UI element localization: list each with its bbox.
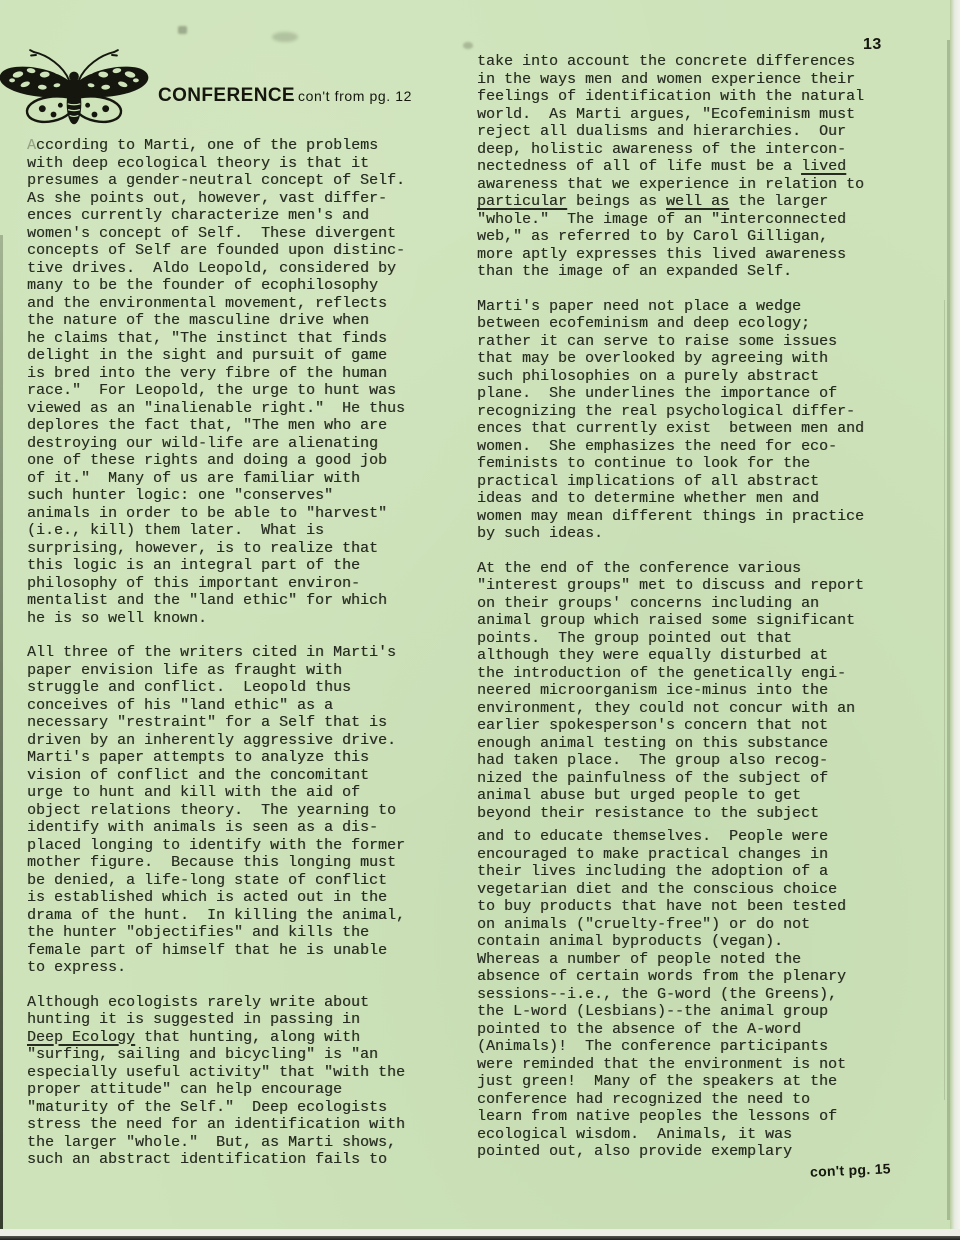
tiger-moth-illustration (0, 46, 152, 144)
text-segment: that hunting, along with "surfing, saili… (27, 1029, 405, 1169)
paragraph: Marti's paper need not place a wedge bet… (477, 298, 881, 543)
underlined-text: Deep Ecology (27, 1029, 135, 1046)
text-segment: All three of the writers cited in Marti'… (27, 644, 405, 976)
text-segment: At the end of the conference various "in… (477, 560, 864, 822)
scan-bottom-strip (0, 1229, 960, 1236)
scan-speck (463, 42, 473, 49)
paragraph: According to Marti, one of the problems … (27, 137, 431, 627)
text-segment: Although ecologists rarely write about h… (27, 994, 369, 1029)
right-column: take into account the concrete differenc… (477, 53, 881, 1178)
paragraph: At the end of the conference various "in… (477, 560, 881, 823)
text-segment: and to educate themselves. People were e… (477, 828, 846, 1160)
scan-right-crease (947, 40, 950, 1220)
page-number: 13 (863, 36, 882, 54)
underlined-text: lived (801, 158, 846, 175)
text-segment: take into account the concrete differenc… (477, 53, 864, 175)
paragraph: take into account the concrete differenc… (477, 53, 881, 281)
article-header: CONFERENCEcon't from pg. 12 (158, 85, 412, 107)
text-segment: A (27, 137, 36, 154)
text-segment: awareness that we experience in relation… (477, 176, 864, 193)
text-segment: Marti's paper need not place a wedge bet… (477, 298, 864, 543)
scan-bottom-band (0, 1236, 960, 1240)
paragraph: All three of the writers cited in Marti'… (27, 644, 431, 977)
article-title: CONFERENCE (158, 85, 295, 106)
paragraph: Although ecologists rarely write about h… (27, 994, 431, 1169)
scan-speck (272, 32, 298, 42)
scan-right-crease-2 (944, 300, 945, 1100)
scan-speck (178, 26, 187, 34)
continued-from-note: con't from pg. 12 (298, 88, 412, 104)
underlined-text: particular (477, 193, 567, 210)
text-segment: beings as (567, 193, 666, 210)
underlined-text: well as (666, 193, 729, 210)
text-segment: ccording to Marti, one of the problems w… (27, 137, 405, 627)
scan-right-margin (950, 0, 960, 1240)
paragraph: and to educate themselves. People were e… (477, 828, 881, 1161)
scan-left-edge (0, 235, 3, 1236)
left-column: According to Marti, one of the problems … (27, 137, 431, 1186)
scanned-page: 13 (0, 0, 960, 1240)
